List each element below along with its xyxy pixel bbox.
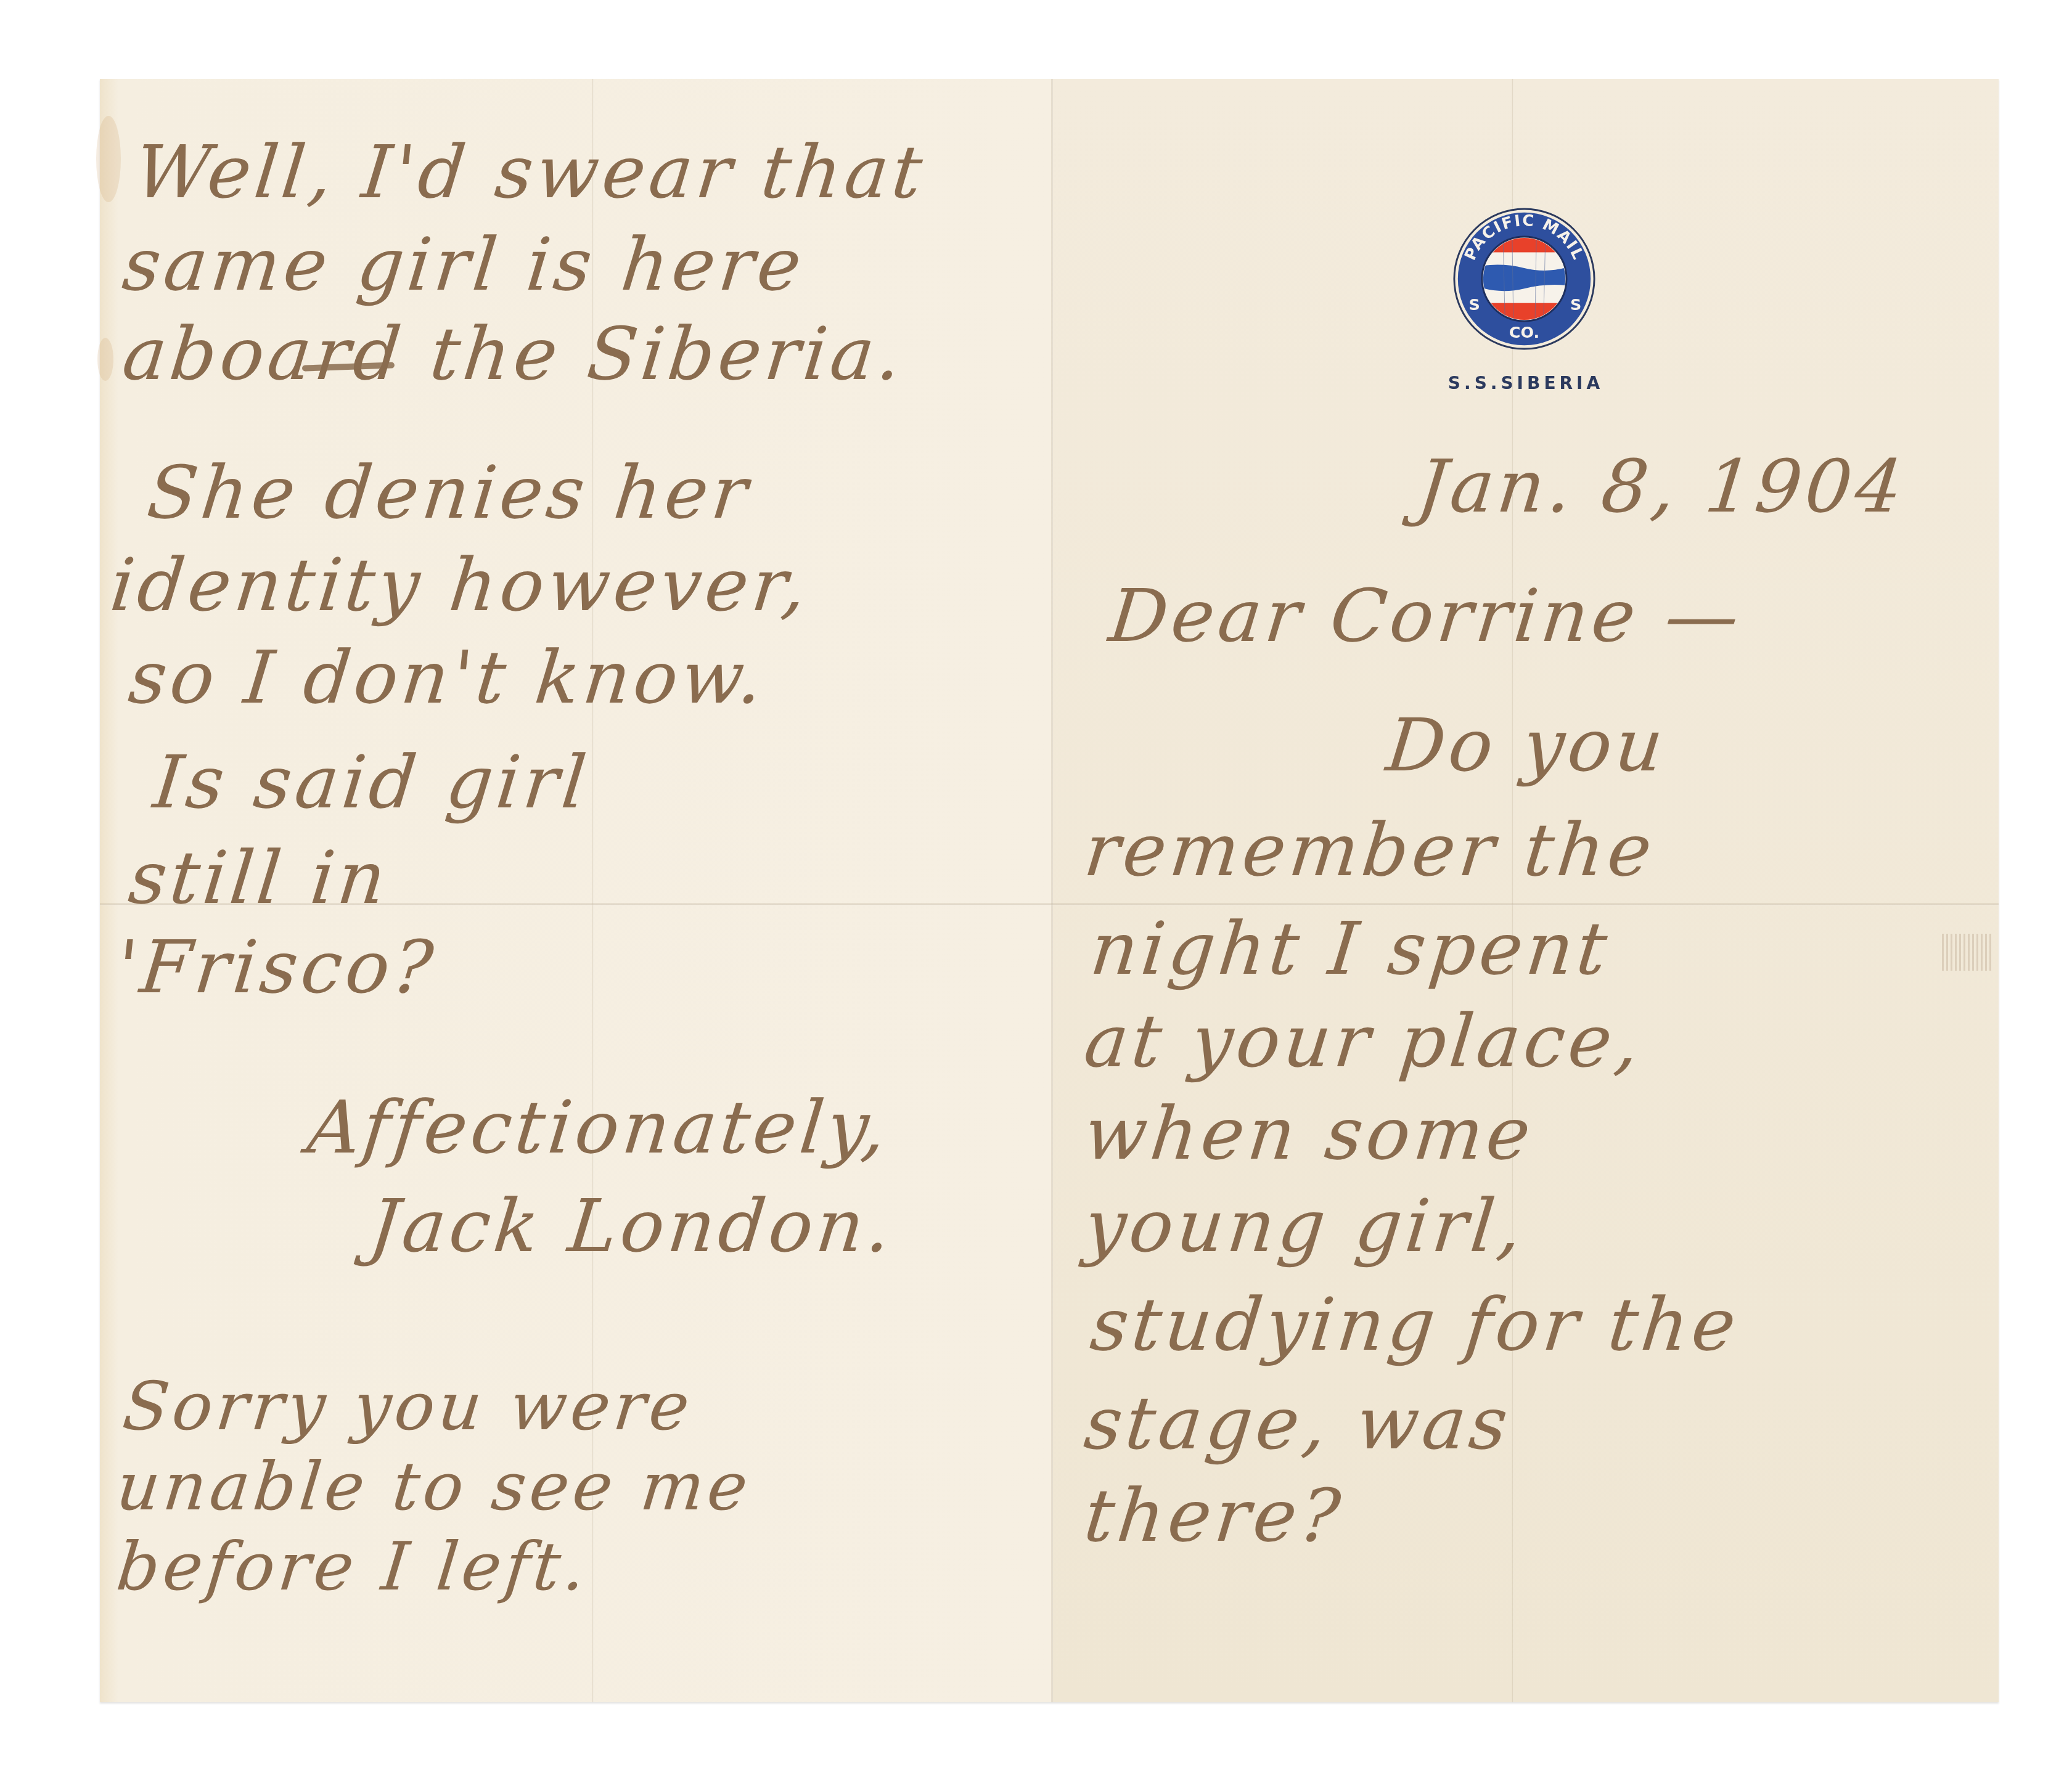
letter-line: still in bbox=[125, 835, 393, 920]
ship-name-caption: S.S.SIBERIA bbox=[1436, 373, 1615, 393]
letter-line: She denies her bbox=[144, 450, 755, 535]
letter-line: remember the bbox=[1081, 807, 1660, 892]
salutation: Dear Corrine — bbox=[1105, 573, 1746, 658]
letter-line: aboard the Siberia. bbox=[119, 311, 909, 396]
svg-text:CO.: CO. bbox=[1509, 324, 1539, 342]
letter-line: when some bbox=[1081, 1091, 1538, 1176]
signature: Jack London. bbox=[366, 1183, 899, 1268]
letter-line: Do you bbox=[1383, 703, 1671, 788]
age-stain bbox=[97, 338, 113, 381]
letter-line: so I don't know. bbox=[125, 635, 771, 720]
letter-line: at your place, bbox=[1081, 998, 1647, 1083]
center-fold bbox=[1051, 79, 1053, 1702]
letter-date: Jan. 8, 1904 bbox=[1414, 444, 1910, 529]
letter-line: night I spent bbox=[1087, 906, 1615, 991]
pacific-mail-logo-icon: PACIFIC MAIL S S CO. bbox=[1452, 206, 1597, 351]
letter-line: there? bbox=[1081, 1473, 1348, 1558]
letter-line: same girl is here bbox=[119, 222, 809, 307]
postscript-line: Sorry you were bbox=[119, 1368, 697, 1445]
letter-line: Well, I'd swear that bbox=[131, 129, 930, 214]
letter-line: Is said girl bbox=[150, 740, 594, 825]
postscript-line: before I left. bbox=[113, 1528, 592, 1606]
edge-ink-marks bbox=[1942, 934, 1991, 971]
letter-line: studying for the bbox=[1087, 1282, 1743, 1367]
letter-line: young girl, bbox=[1081, 1183, 1529, 1268]
svg-text:S: S bbox=[1468, 296, 1480, 314]
letter-line: identity however, bbox=[107, 542, 814, 627]
letter-line: stage, was bbox=[1081, 1381, 1515, 1466]
postscript-line: unable to see me bbox=[113, 1448, 755, 1525]
svg-text:S: S bbox=[1570, 296, 1581, 314]
age-stain bbox=[96, 116, 121, 202]
closing: Affectionately, bbox=[304, 1085, 894, 1170]
letter-line: 'Frisco? bbox=[113, 924, 441, 1010]
